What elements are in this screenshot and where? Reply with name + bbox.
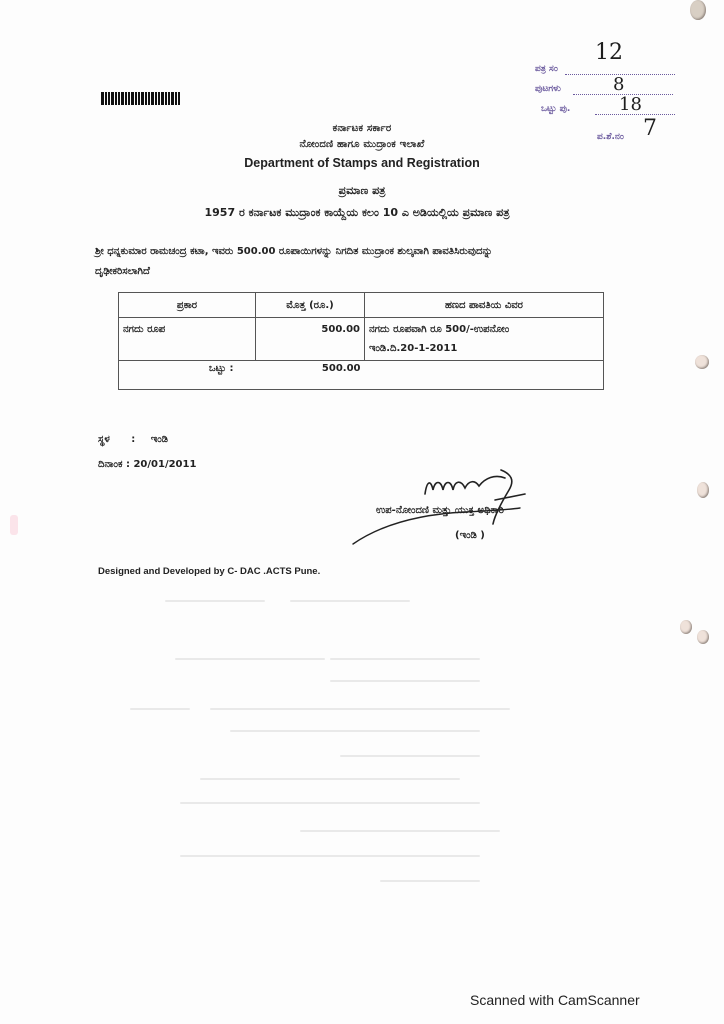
column-header-payment-detail: ಹಣದ ಪಾವತಿಯ ವಿವರ: [365, 293, 604, 318]
column-header-type: ಪ್ರಕಾರ: [119, 293, 256, 318]
statement-text: ಶ್ರೀ ಧನ್ನಕುಮಾರ ರಾಮಚಂದ್ರ ಕಟಾ, ಇವರು 500.00…: [95, 242, 615, 282]
document-type: ಪ್ರಮಾಣ ಪತ್ರ: [0, 184, 724, 198]
table-total-row: ಒಟ್ಟು : 500.00: [119, 361, 604, 390]
stamp-label-1: ಪತ್ರ ಸಂ: [535, 64, 558, 74]
barcode-bar: [108, 92, 110, 105]
developer-credit: Designed and Developed by C- DAC .ACTS P…: [98, 566, 320, 577]
punch-hole: [690, 0, 706, 20]
date-value: 20/01/2011: [133, 459, 196, 470]
barcode-bar: [115, 92, 117, 105]
total-label: ಒಟ್ಟು :: [119, 361, 256, 390]
document-subtitle: 1957 ರ ಕರ್ನಾಟಕ ಮುದ್ರಾಂಕ ಕಾಯ್ದೆಯ ಕಲಂ 10 ಎ…: [0, 206, 719, 220]
total-empty-cell: [365, 361, 604, 390]
stamp-label-3: ಒಟ್ಟು ಪು.: [541, 104, 570, 114]
bleed-through-text: [0, 590, 724, 970]
scanned-page: ಕರ್ನಾಟಕ ಸರ್ಕಾರ ನೋಂದಣಿ ಹಾಗೂ ಮುದ್ರಾಂಕ ಇಲಾಖ…: [0, 0, 724, 1024]
place-separator: :: [131, 434, 135, 445]
barcode-bar: [151, 92, 154, 105]
place-label: ಸ್ಥಳ: [98, 434, 110, 445]
barcode-bar: [121, 92, 124, 105]
barcode: [101, 92, 222, 105]
column-header-amount: ಮೊತ್ತ (ರೂ.): [256, 293, 365, 318]
signatory-title: ಉಪ-ನೋಂದಣಿ ಮತ್ತು ಯುಕ್ತ ಅಧಿಕಾರಿ: [376, 505, 504, 516]
statement-line-2: ದೃಢೀಕರಿಸಲಾಗಿದೆ: [95, 262, 615, 282]
table-header-row: ಪ್ರಕಾರ ಮೊತ್ತ (ರೂ.) ಹಣದ ಪಾವತಿಯ ವಿವರ: [119, 293, 604, 318]
stamp-label-4: ಪ.ಶೆ.ನಂ: [597, 132, 624, 142]
signatory-place: (ಇಂಡಿ ): [455, 530, 485, 541]
barcode-bar: [105, 92, 107, 105]
punch-hole: [697, 482, 709, 498]
barcode-bar: [161, 92, 164, 105]
cell-amount: 500.00: [256, 318, 365, 361]
stamp-value-3: 18: [619, 94, 642, 115]
barcode-bar: [165, 92, 167, 105]
barcode-bar: [171, 92, 174, 105]
place-row: ಸ್ಥಳ : ಇಂಡಿ: [98, 434, 168, 445]
place-value: ಇಂಡಿ: [151, 434, 168, 445]
barcode-bar: [141, 92, 144, 105]
statement-line-1: ಶ್ರೀ ಧನ್ನಕುಮಾರ ರಾಮಚಂದ್ರ ಕಟಾ, ಇವರು 500.00…: [95, 242, 615, 262]
date-label: ದಿನಾಂಕ :: [98, 459, 130, 470]
barcode-bar: [145, 92, 147, 105]
payment-table: ಪ್ರಕಾರ ಮೊತ್ತ (ರೂ.) ಹಣದ ಪಾವತಿಯ ವಿವರ ನಗದು …: [118, 292, 604, 390]
barcode-bar: [178, 92, 180, 105]
payment-detail-line-1: ನಗದು ರೂಪವಾಗಿ ರೂ 500/-ಉಪನೋಂ: [369, 320, 599, 339]
barcode-bar: [168, 92, 170, 105]
barcode-bar: [155, 92, 157, 105]
payment-detail-line-2: ಇಂಡಿ.ದಿ.20-1-2011: [369, 339, 599, 358]
punch-hole: [695, 355, 709, 369]
department-title-english: Department of Stamps and Registration: [0, 156, 724, 170]
barcode-bar: [131, 92, 134, 105]
stamp-label-2: ಪುಟಗಳು: [535, 84, 561, 94]
cell-payment-detail: ನಗದು ರೂಪವಾಗಿ ರೂ 500/-ಉಪನೋಂ ಇಂಡಿ.ದಿ.20-1-…: [365, 318, 604, 361]
stamp-value-4: 7: [643, 116, 657, 141]
ink-smudge: [10, 515, 18, 535]
barcode-bar: [118, 92, 120, 105]
cell-type: ನಗದು ರೂಪ: [119, 318, 256, 361]
table-row: ನಗದು ರೂಪ 500.00 ನಗದು ರೂಪವಾಗಿ ರೂ 500/-ಉಪನ…: [119, 318, 604, 361]
barcode-bar: [135, 92, 137, 105]
date-row: ದಿನಾಂಕ : 20/01/2011: [98, 459, 196, 470]
barcode-bar: [101, 92, 104, 105]
barcode-bar: [125, 92, 127, 105]
punch-hole: [680, 620, 692, 634]
handwritten-stamp-annotation: ಪತ್ರ ಸಂ 12 ಪುಟಗಳು 8 ಒಟ್ಟು ಪು. 18 ಪ.ಶೆ.ನಂ…: [535, 52, 695, 152]
stamp-value-2: 8: [613, 74, 624, 95]
punch-hole: [697, 630, 709, 644]
barcode-bar: [128, 92, 130, 105]
camscanner-watermark: Scanned with CamScanner: [470, 992, 640, 1008]
barcode-bar: [148, 92, 150, 105]
barcode-bar: [175, 92, 177, 105]
barcode-bar: [138, 92, 140, 105]
total-amount: 500.00: [256, 361, 365, 390]
stamp-value-1: 12: [595, 40, 623, 65]
signature-mark: [345, 450, 545, 550]
barcode-bar: [158, 92, 160, 105]
barcode-bar: [111, 92, 114, 105]
